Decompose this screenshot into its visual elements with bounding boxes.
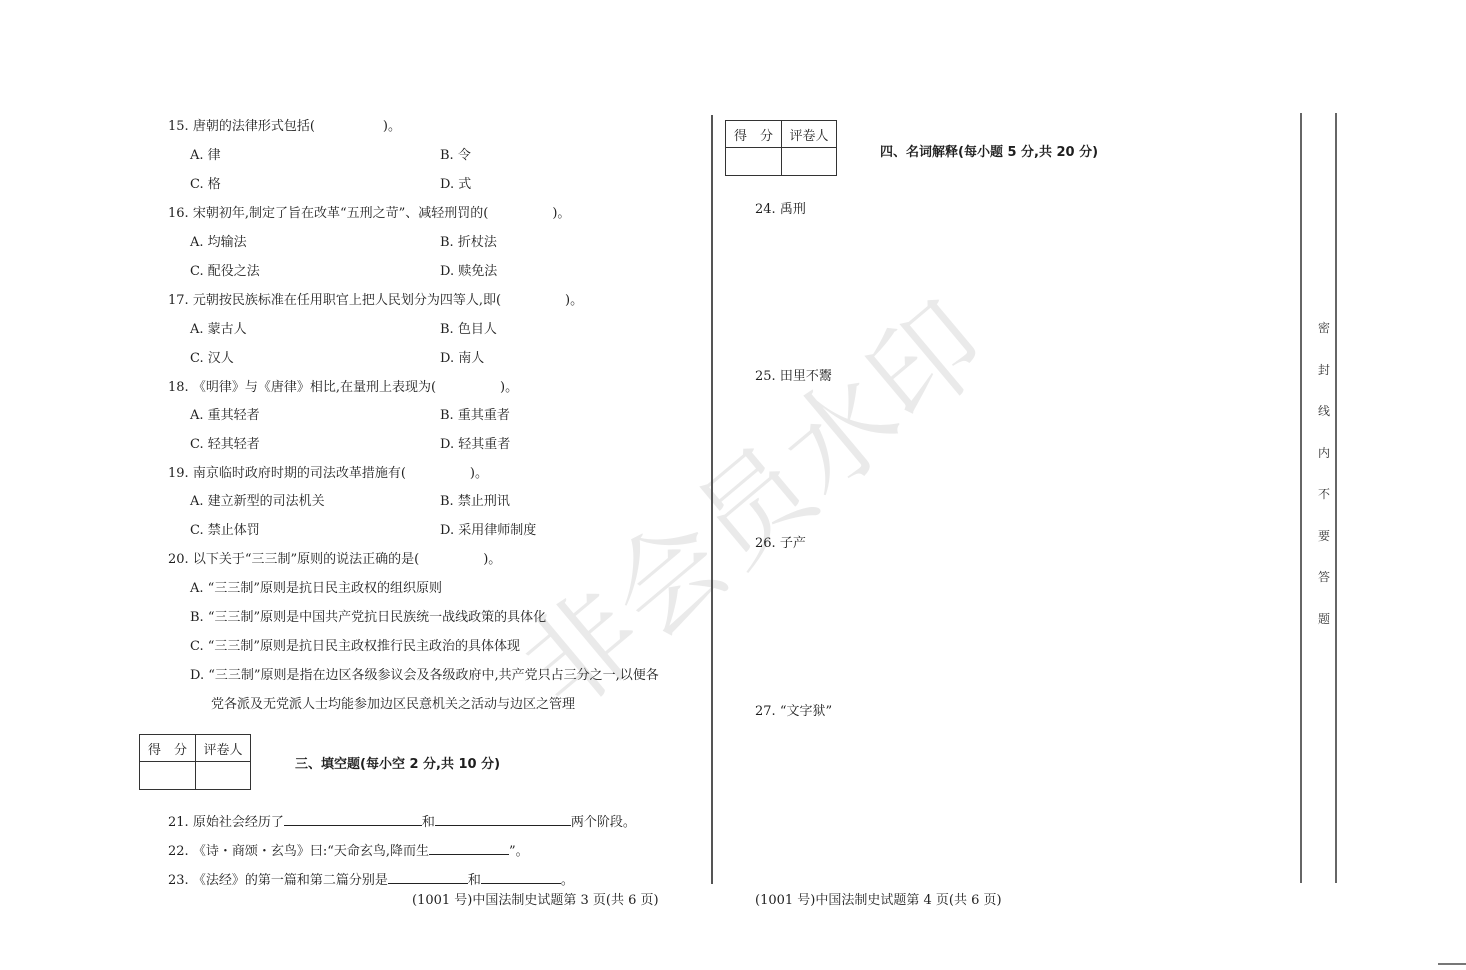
question-stem-end: )。 — [483, 552, 501, 567]
option-d-continuation: 党各派及无党派人士均能参加边区民意机关之活动与边区之管理 — [211, 693, 575, 712]
page-footer: (1001 号)中国法制史试题第 3 页(共 6 页) — [412, 889, 659, 908]
section-4-title: 四、名词解释(每小题 5 分,共 20 分) — [880, 141, 1098, 160]
section-3-title: 三、填空题(每小空 2 分,共 10 分) — [295, 753, 500, 772]
score-cell[interactable] — [726, 148, 782, 176]
option-d: D. 轻其重者 — [440, 433, 510, 452]
option-d: D. 式 — [440, 173, 471, 192]
score-table: 得 分 评卷人 — [139, 734, 251, 790]
question-number: 20. — [168, 552, 189, 567]
seal-line-outer — [1300, 113, 1302, 883]
option-b: B. 色目人 — [440, 318, 497, 337]
question-number: 19. — [168, 466, 189, 481]
seal-line-inner — [1335, 113, 1337, 883]
option-c: C. 汉人 — [190, 347, 234, 366]
question-20: 20. 以下关于“三三制”原则的说法正确的是()。 — [168, 548, 501, 567]
term-25: 25. 田里不鬻 — [755, 365, 832, 384]
question-15: 15. 唐朝的法律形式包括()。 — [168, 115, 401, 134]
answer-blank[interactable] — [435, 813, 571, 826]
term-27: 27. “文字狱” — [755, 700, 832, 719]
score-table: 得 分 评卷人 — [725, 120, 837, 176]
option-b: B. 禁止刑讯 — [440, 490, 510, 509]
option-a: A. 律 — [190, 144, 221, 163]
option-c: C. 配役之法 — [190, 260, 260, 279]
score-cell[interactable] — [140, 762, 196, 790]
question-stem-end: )。 — [552, 206, 570, 221]
option-b: B. 重其重者 — [440, 404, 510, 423]
option-a: A. 均输法 — [190, 231, 247, 250]
option-b: B. 折杖法 — [440, 231, 497, 250]
question-stem: 宋朝初年,制定了旨在改革“五刑之苛”、减轻刑罚的( — [193, 206, 489, 221]
seal-line-notice: 密 封 线 内 不 要 答 题 — [1316, 320, 1332, 652]
question-stem-end: )。 — [383, 119, 401, 134]
question-stem: 以下关于“三三制”原则的说法正确的是( — [193, 552, 419, 567]
grader-label: 评卷人 — [196, 735, 251, 762]
term-24: 24. 禹刑 — [755, 198, 806, 217]
question-22: 22. 《诗・商颂・玄鸟》曰:“天命玄鸟,降而生”。 — [168, 840, 529, 859]
score-label: 得 分 — [726, 121, 782, 148]
answer-blank[interactable] — [284, 813, 422, 826]
option-b: B. 令 — [440, 144, 471, 163]
question-16: 16. 宋朝初年,制定了旨在改革“五刑之苛”、减轻刑罚的()。 — [168, 202, 570, 221]
question-stem: 唐朝的法律形式包括( — [193, 119, 315, 134]
option-c: C. 轻其轻者 — [190, 433, 260, 452]
option-a: A. 蒙古人 — [190, 318, 247, 337]
question-21: 21. 原始社会经历了和两个阶段。 — [168, 811, 636, 830]
scan-edge-mark — [1438, 963, 1466, 965]
question-number: 17. — [168, 293, 189, 308]
question-stem: 南京临时政府时期的司法改革措施有( — [193, 466, 406, 481]
option-c: C. 格 — [190, 173, 221, 192]
term-26: 26. 子产 — [755, 532, 806, 551]
question-number: 15. — [168, 119, 189, 134]
question-stem-end: )。 — [470, 466, 488, 481]
question-number: 16. — [168, 206, 189, 221]
option-b: B. “三三制”原则是中国共产党抗日民族统一战线政策的具体化 — [190, 606, 546, 625]
question-stem-end: )。 — [500, 380, 518, 395]
question-19: 19. 南京临时政府时期的司法改革措施有()。 — [168, 462, 488, 481]
score-label: 得 分 — [140, 735, 196, 762]
question-number: 18. — [168, 380, 189, 395]
option-d: D. 赎免法 — [440, 260, 497, 279]
option-d: D. “三三制”原则是指在边区各级参议会及各级政府中,共产党只占三分之一,以便各 — [190, 664, 659, 683]
question-stem: 元朝按民族标准在任用职官上把人民划分为四等人,即( — [193, 293, 501, 308]
grader-cell[interactable] — [782, 148, 837, 176]
grader-cell[interactable] — [196, 762, 251, 790]
option-d: D. 南人 — [440, 347, 484, 366]
option-a: A. 建立新型的司法机关 — [190, 490, 325, 509]
question-stem-end: )。 — [565, 293, 583, 308]
answer-blank[interactable] — [429, 842, 509, 855]
question-17: 17. 元朝按民族标准在任用职官上把人民划分为四等人,即()。 — [168, 289, 583, 308]
option-a: A. 重其轻者 — [190, 404, 260, 423]
grader-label: 评卷人 — [782, 121, 837, 148]
question-18: 18. 《明律》与《唐律》相比,在量刑上表现为()。 — [168, 376, 518, 395]
option-c: C. “三三制”原则是抗日民主政权推行民主政治的具体体现 — [190, 635, 520, 654]
answer-blank[interactable] — [481, 871, 561, 884]
option-c: C. 禁止体罚 — [190, 519, 260, 538]
page-divider — [711, 115, 713, 884]
page-footer: (1001 号)中国法制史试题第 4 页(共 6 页) — [755, 889, 1002, 908]
option-d: D. 采用律师制度 — [440, 519, 536, 538]
answer-blank[interactable] — [388, 871, 468, 884]
question-23: 23. 《法经》的第一篇和第二篇分别是和。 — [168, 869, 574, 888]
option-a: A. “三三制”原则是抗日民主政权的组织原则 — [190, 577, 442, 596]
question-stem: 《明律》与《唐律》相比,在量刑上表现为( — [193, 380, 436, 395]
